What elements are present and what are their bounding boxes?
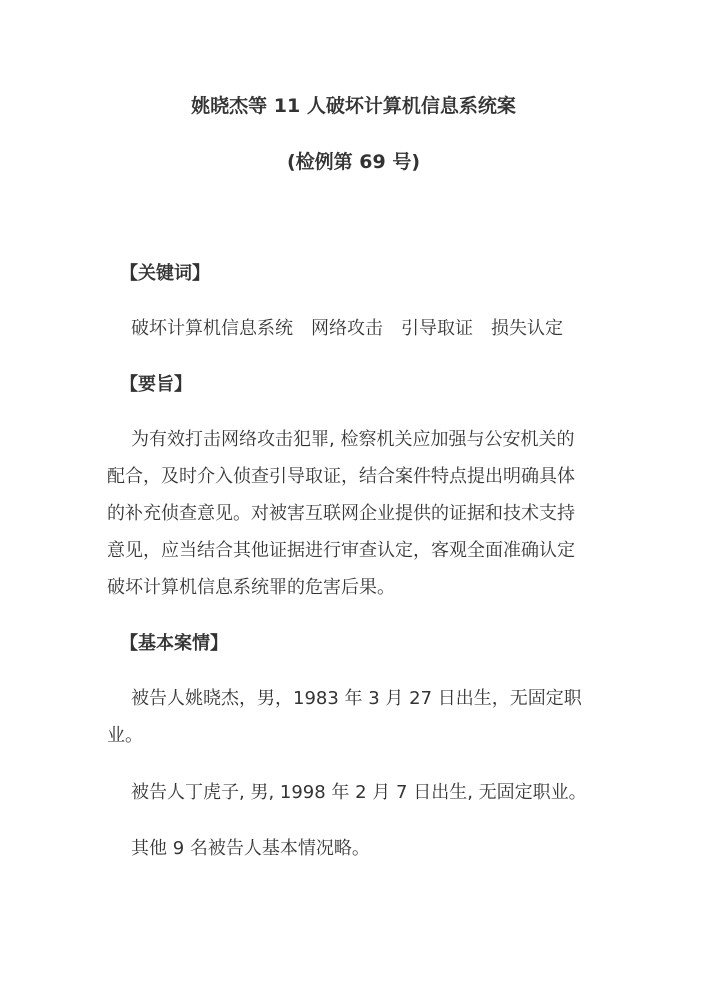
- document-subtitle: (检例第 69 号): [0, 150, 707, 174]
- gist-heading: 【要旨】: [120, 373, 192, 397]
- facts-line: 业。: [107, 724, 143, 748]
- gist-line: 破坏计算机信息系统罪的危害后果。: [107, 576, 395, 600]
- gist-line: 的补充侦查意见。对被害互联网企业提供的证据和技术支持: [107, 502, 575, 526]
- keywords-list: 破坏计算机信息系统网络攻击引导取证损失认定: [131, 317, 563, 341]
- document-page: 姚晓杰等 11 人破坏计算机信息系统案 (检例第 69 号) 【关键词】 破坏计…: [0, 0, 707, 999]
- keyword: 破坏计算机信息系统: [131, 317, 293, 341]
- keyword: 损失认定: [491, 317, 563, 341]
- facts-line: 被告人丁虎子, 男, 1998 年 2 月 7 日出生, 无固定职业。: [131, 781, 587, 805]
- facts-heading: 【基本案情】: [120, 632, 228, 656]
- gist-line: 为有效打击网络攻击犯罪, 检察机关应加强与公安机关的: [131, 428, 574, 452]
- facts-line: 其他 9 名被告人基本情况略。: [131, 837, 370, 861]
- keyword: 网络攻击: [311, 317, 383, 341]
- gist-line: 配合，及时介入侦查引导取证，结合案件特点提出明确具体: [107, 465, 575, 489]
- keywords-heading: 【关键词】: [120, 262, 210, 286]
- gist-line: 意见，应当结合其他证据进行审查认定，客观全面准确认定: [107, 539, 575, 563]
- keyword: 引导取证: [401, 317, 473, 341]
- facts-line: 被告人姚晓杰，男，1983 年 3 月 27 日出生，无固定职: [131, 687, 582, 711]
- document-title: 姚晓杰等 11 人破坏计算机信息系统案: [0, 94, 707, 118]
